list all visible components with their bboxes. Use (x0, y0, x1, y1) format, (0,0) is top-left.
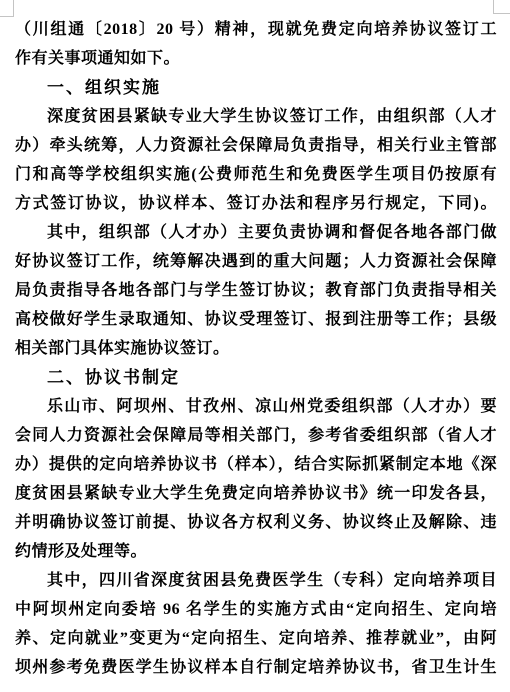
text-line: 乐山市、阿坝州、甘孜州、凉山州党委组织部（人才办）要 (15, 392, 497, 421)
text-line: 约情形及处理等。 (15, 537, 497, 566)
text-line: 作有关事项通知如下。 (15, 44, 497, 73)
text-line: 深度贫困县紧缺专业大学生协议签订工作，由组织部（人才 (15, 102, 497, 131)
document-body: （川组通〔2018〕20 号）精神，现就免费定向培养协议签订工 作有关事项通知如… (15, 15, 497, 682)
text-line: 其中，组织部（人才办）主要负责协调和督促各地各部门做 (15, 218, 497, 247)
text-line: （川组通〔2018〕20 号）精神，现就免费定向培养协议签订工 (15, 15, 497, 44)
text-line: 办）牵头统筹，人力资源社会保障局负责指导，相关行业主管部 (15, 131, 497, 160)
text-line: 养、定向就业”变更为“定向招生、定向培养、推荐就业”，由阿 (15, 624, 497, 653)
text-line: 中阿坝州定向委培 96 名学生的实施方式由“定向招生、定向培 (15, 595, 497, 624)
text-line: 局负责指导各地各部门与学生签订协议；教育部门负责指导相关 (15, 276, 497, 305)
paragraph: 深度贫困县紧缺专业大学生协议签订工作，由组织部（人才 办）牵头统筹，人力资源社会… (15, 102, 497, 218)
margin-crop-mark-left (0, 0, 14, 17)
text-line: 坝州参考免费医学生协议样本自行制定培养协议书，省卫生计生 (15, 653, 497, 682)
text-line: 相关部门具体实施协议签订。 (15, 334, 497, 363)
section-1: 一、组织实施 (15, 73, 497, 102)
paragraph: 其中，四川省深度贫困县免费医学生（专科）定向培养项目 中阿坝州定向委培 96 名… (15, 566, 497, 682)
text-line: 办）提供的定向培养协议书（样本），结合实际抓紧制定本地《深 (15, 450, 497, 479)
paragraph-continuation: （川组通〔2018〕20 号）精神，现就免费定向培养协议签订工 作有关事项通知如… (15, 15, 497, 73)
document-page: （川组通〔2018〕20 号）精神，现就免费定向培养协议签订工 作有关事项通知如… (0, 0, 510, 692)
section-heading: 二、协议书制定 (15, 363, 497, 392)
text-line: 并明确协议签订前提、协议各方权利义务、协议终止及解除、违 (15, 508, 497, 537)
margin-crop-mark-right (493, 0, 510, 14)
text-line: 会同人力资源社会保障局等相关部门，参考省委组织部（省人才 (15, 421, 497, 450)
text-line: 高校做好学生录取通知、协议受理签订、报到注册等工作；县级 (15, 305, 497, 334)
text-line: 好协议签订工作，统筹解决遇到的重大问题；人力资源社会保障 (15, 247, 497, 276)
text-line: 方式签订协议，协议样本、签订办法和程序另行规定，下同)。 (15, 189, 497, 218)
paragraph: 其中，组织部（人才办）主要负责协调和督促各地各部门做 好协议签订工作，统筹解决遇… (15, 218, 497, 363)
text-line: 度贫困县紧缺专业大学生免费定向培养协议书》统一印发各县， (15, 479, 497, 508)
text-line: 其中，四川省深度贫困县免费医学生（专科）定向培养项目 (15, 566, 497, 595)
section-heading: 一、组织实施 (15, 73, 497, 102)
section-2: 二、协议书制定 (15, 363, 497, 392)
text-line: 门和高等学校组织实施(公费师范生和免费医学生项目仍按原有 (15, 160, 497, 189)
paragraph: 乐山市、阿坝州、甘孜州、凉山州党委组织部（人才办）要 会同人力资源社会保障局等相… (15, 392, 497, 566)
